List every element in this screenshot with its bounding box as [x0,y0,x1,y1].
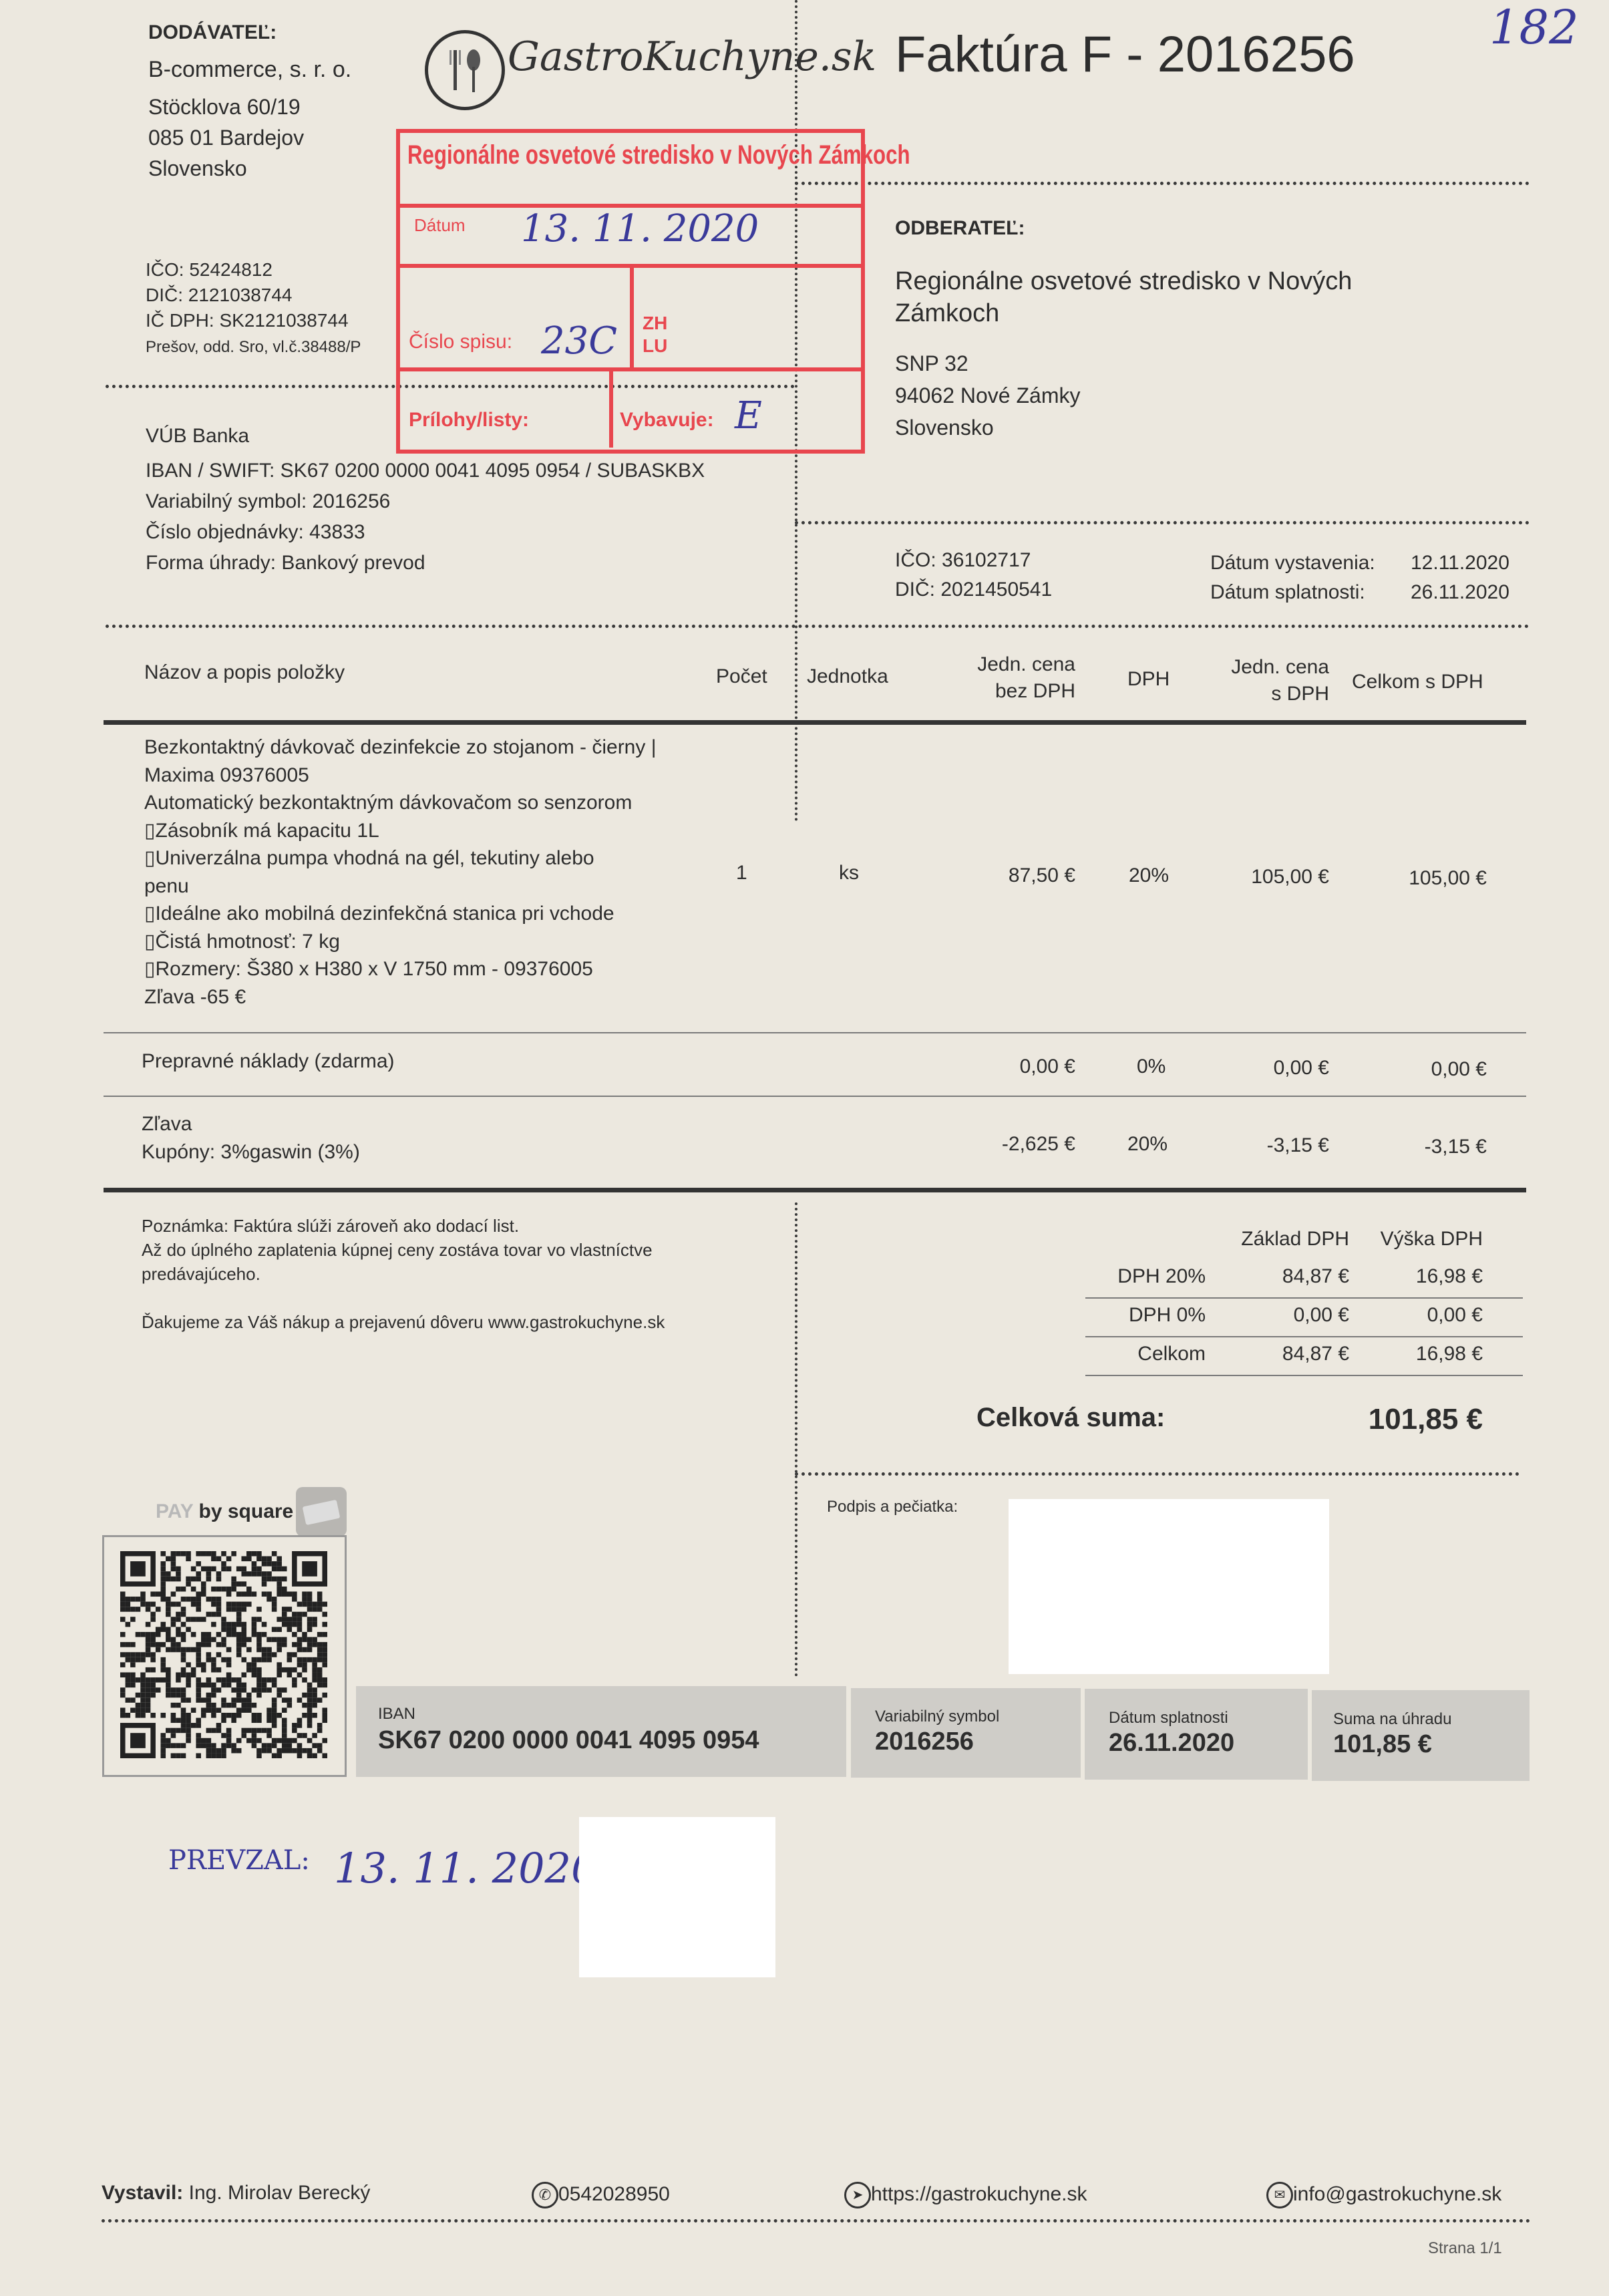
customer-city: 94062 Nové Zámky [895,383,1080,408]
table-row-3-total: -3,15 € [1347,1136,1487,1158]
col-header-vat: DPH [1127,668,1170,691]
phone-number: 0542028950 [558,2183,670,2205]
band-sum-label: Suma na úhradu [1333,1710,1451,1729]
vat-divider [1085,1375,1523,1376]
band-vs-label: Variabilný symbol [875,1707,999,1726]
band-vs-value: 2016256 [875,1728,974,1756]
table-row-2-unit-price: 0,00 € [935,1055,1075,1078]
desc-line: ▯Zásobník má kapacitu 1L [144,817,657,845]
desc-line: ▯Univerzálna pumpa vhodná na gél, tekuti… [144,844,657,872]
table-row-1-description: Bezkontaktný dávkovač dezinfekcie zo sto… [144,733,657,1011]
order-number: Číslo objednávky: 43833 [146,521,365,544]
table-row-1-unit-price-vat: 105,00 € [1189,866,1329,888]
bank-name: VÚB Banka [146,425,249,448]
vat-row-2-base: 0,00 € [1189,1304,1349,1327]
pay-label: PAY [156,1500,193,1522]
customer-street: SNP 32 [895,351,968,376]
signature-redaction [579,1817,775,1977]
supplier-country: Slovensko [148,156,247,181]
desc-line: ▯Ideálne ako mobilná dezinfekčná stanica… [144,900,657,928]
header-rule [104,720,1526,725]
col-header-name: Názov a popis položky [144,661,345,684]
table-row-3-description-l2: Kupóny: 3%gaswin (3%) [142,1141,360,1164]
desc-line: Zľava -65 € [144,983,657,1011]
table-row-1-vat: 20% [1129,864,1169,887]
table-row-2-total: 0,00 € [1347,1058,1487,1081]
iban-swift: IBAN / SWIFT: SK67 0200 0000 0041 4095 0… [146,460,705,482]
qr-code[interactable] [120,1551,327,1758]
customer-label: ODBERATEĽ: [895,217,1025,240]
col-header-total: Celkom s DPH [1352,671,1483,693]
supplier-dic: DIČ: 2121038744 [146,285,293,306]
desc-line: ▯Čistá hmotnosť: 7 kg [144,928,657,956]
issued-by: Vystavil: Ing. Mirolav Berecký [102,2182,370,2204]
band-iban-label: IBAN [378,1705,415,1724]
vat-row-3-amount: 16,98 € [1356,1343,1483,1365]
stamp-file-value: 23C [541,319,617,363]
signature-label: Podpis a pečiatka: [827,1498,958,1516]
col-header-unit: Jednotka [807,665,888,688]
vat-row-3-label: Celkom [1055,1343,1206,1365]
issued-by-label: Vystavil: [102,2182,183,2204]
divider [106,625,1530,628]
customer-name-line1: Regionálne osvetové stredisko v Nových [895,267,1352,296]
fork-knife-spoon-icon [425,30,505,110]
phone-icon: ✆ [532,2182,558,2208]
table-row-1-unit: ks [839,862,859,884]
email-icon: ✉ [1266,2182,1293,2208]
stamp-handler-value: E [735,394,762,438]
customer-dic: DIČ: 2021450541 [895,579,1052,601]
vat-row-2-amount: 0,00 € [1356,1304,1483,1327]
band-iban-value: SK67 0200 0000 0041 4095 0954 [378,1726,759,1755]
footer-divider [102,2219,1531,2223]
invoice-title: Faktúra F - 2016256 [895,25,1355,84]
stamp-attachments-label: Prílohy/listy: [409,409,529,432]
table-row-1-unit-price: 87,50 € [935,864,1075,887]
vat-row-2-label: DPH 0% [1055,1304,1206,1327]
row-divider [104,1032,1526,1033]
vat-row-1-base: 84,87 € [1189,1265,1349,1288]
footer-phone[interactable]: ✆0542028950 [532,2182,670,2208]
issued-date-value: 12.11.2020 [1411,552,1509,575]
table-bottom-rule [104,1188,1526,1192]
table-row-3-unit-price-vat: -3,15 € [1189,1134,1329,1157]
vat-col-amount: Výška DPH [1356,1228,1483,1251]
due-date-label: Dátum splatnosti: [1210,581,1365,604]
by-square-label: by square [199,1500,294,1522]
vat-divider [1085,1336,1523,1337]
stamp-date-value: 13. 11. 2020 [521,207,759,251]
divider [795,521,1530,524]
band-due-value: 26.11.2020 [1109,1729,1234,1758]
band-sum-value: 101,85 € [1333,1730,1432,1759]
total-value: 101,85 € [1269,1403,1483,1436]
desc-line: Automatický bezkontaktným dávkovačom so … [144,789,657,817]
logo-text: GastroKuchyne.sk [508,33,876,80]
received-label: PREVZAL: [168,1845,310,1876]
supplier-name: B-commerce, s. r. o. [148,57,351,83]
col-header-unit-price-l1: Jedn. cena [935,653,1075,676]
table-row-2-unit-price-vat: 0,00 € [1189,1057,1329,1080]
customer-country: Slovensko [895,416,994,440]
vat-row-1-amount: 16,98 € [1356,1265,1483,1288]
table-row-3-unit-price: -2,625 € [935,1133,1075,1156]
vertical-divider [795,1202,797,1677]
desc-line: Maxima 09376005 [144,762,657,790]
handwritten-number: 182 [1489,0,1579,55]
table-row-3-description-l1: Zľava [142,1113,192,1136]
table-row-2-description: Prepravné náklady (zdarma) [142,1050,395,1073]
note-line-2: Až do úplného zaplatenia kúpnej ceny zos… [142,1240,653,1261]
variable-symbol: Variabilný symbol: 2016256 [146,490,390,513]
vat-row-3-base: 84,87 € [1189,1343,1349,1365]
stamp-date-label: Dátum [414,215,466,236]
stamp-org: Regionálne osvetové stredisko v Nových Z… [407,140,910,170]
supplier-street: Stöcklova 60/19 [148,95,301,120]
band-due-label: Dátum splatnosti [1109,1709,1228,1728]
bank-card-icon [296,1487,347,1536]
cursor-icon: ➤ [844,2182,871,2208]
supplier-register: Prešov, odd. Sro, vl.č.38488/P [146,338,361,357]
paybysquare-label: PAY by square [156,1500,293,1523]
page-number: Strana 1/1 [1428,2239,1502,2258]
table-row-3-vat: 20% [1127,1133,1168,1156]
stamp-file-label: Číslo spisu: [409,331,512,353]
stamp-zh: ZH [643,313,667,334]
desc-line: ▯Rozmery: Š380 x H380 x V 1750 mm - 0937… [144,955,657,983]
footer-email[interactable]: ✉info@gastrokuchyne.sk [1266,2182,1501,2208]
received-date: 13. 11. 2020 [334,1844,597,1893]
customer-name-line2: Zámkoch [895,299,999,328]
col-header-unit-price-vat-l2: s DPH [1189,683,1329,705]
stamp-line [630,264,634,371]
col-header-unit-price-l2: bez DPH [935,680,1075,703]
supplier-ic-dph: IČ DPH: SK2121038744 [146,310,349,331]
vat-col-base: Základ DPH [1189,1228,1349,1251]
website-link: https://gastrokuchyne.sk [871,2183,1087,2205]
note-line-3: predávajúceho. [142,1264,260,1285]
desc-line: Bezkontaktný dávkovač dezinfekcie zo sto… [144,733,657,762]
desc-line: penu [144,872,657,900]
stamp-line [609,367,613,448]
divider [795,182,1530,185]
payment-method: Forma úhrady: Bankový prevod [146,552,425,575]
divider [795,1472,1519,1476]
email-link: info@gastrokuchyne.sk [1293,2183,1501,2205]
supplier-ico: IČO: 52424812 [146,259,273,281]
vat-row-1-label: DPH 20% [1055,1265,1206,1288]
signature-redaction [1009,1499,1329,1674]
supplier-label: DODÁVATEĽ: [148,21,277,44]
issued-date-label: Dátum vystavenia: [1210,552,1375,575]
customer-ico: IČO: 36102717 [895,549,1031,572]
table-row-1-qty: 1 [736,862,747,884]
supplier-city: 085 01 Bardejov [148,126,304,150]
thanks-note: Ďakujeme za Váš nákup a prejavenú dôveru… [142,1312,665,1333]
due-date-value: 26.11.2020 [1411,581,1509,604]
table-row-2-vat: 0% [1137,1055,1166,1078]
col-header-qty: Počet [716,665,767,688]
note-line-1: Poznámka: Faktúra slúži zároveň ako doda… [142,1216,519,1237]
stamp-handler-label: Vybavuje: [620,409,714,432]
table-row-1-total: 105,00 € [1347,867,1487,890]
stamp-lu: LU [643,335,667,357]
col-header-unit-price-vat-l1: Jedn. cena [1189,656,1329,679]
footer-web[interactable]: ➤https://gastrokuchyne.sk [844,2182,1087,2208]
row-divider [104,1096,1526,1097]
total-label: Celková suma: [976,1403,1165,1433]
vat-divider [1085,1297,1523,1299]
issued-by-name: Ing. Mirolav Berecký [189,2182,371,2204]
